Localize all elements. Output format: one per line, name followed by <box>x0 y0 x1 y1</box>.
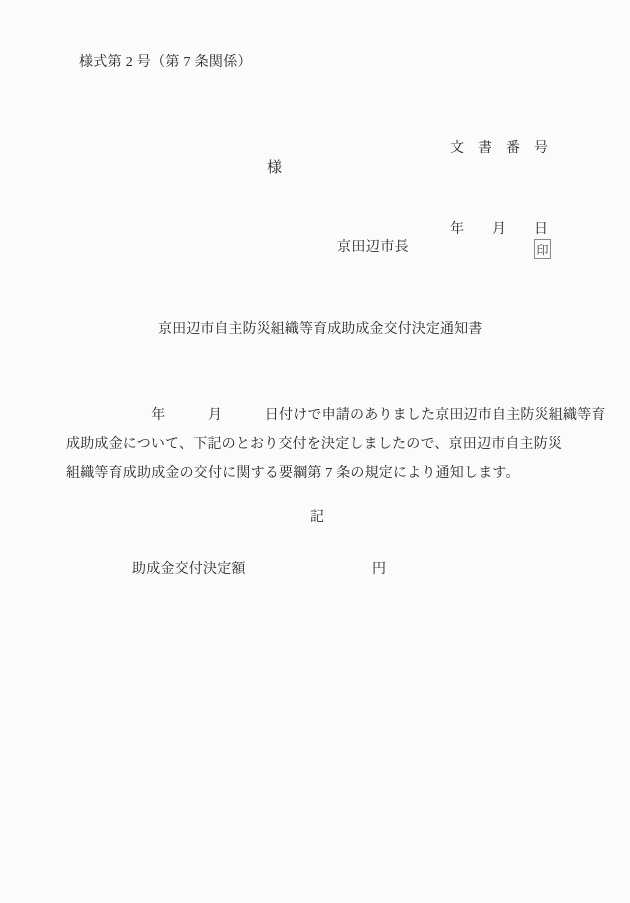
seal-character: 印 <box>536 241 548 258</box>
addressee-honorific: 様 <box>267 161 282 176</box>
form-number: 様式第 2 号（第 7 条関係） <box>79 56 252 70</box>
document-title: 京田辺市自主防災組織等育成助成金交付決定通知書 <box>158 323 482 337</box>
amount-label: 助成金交付決定額 <box>132 563 246 577</box>
amount-unit: 円 <box>372 563 386 577</box>
seal-box: 印 <box>534 239 551 259</box>
body-line-2: 成助成金について、下記のとおり交付を決定しましたので、京田辺市自主防災 <box>66 430 566 459</box>
record-marker: 記 <box>310 511 324 525</box>
document-page: 様式第 2 号（第 7 条関係） 文 書 番 号 年 月 日 様 京田辺市長 印… <box>0 0 630 903</box>
body-line-3: 組織等育成助成金の交付に関する要綱第 7 条の規定により通知します。 <box>66 459 566 488</box>
sender-title: 京田辺市長 <box>337 241 409 255</box>
body-line-1: 年 月 日付けで申請のありました京田辺市自主防災組織等育 <box>66 401 566 430</box>
body-paragraph: 年 月 日付けで申請のありました京田辺市自主防災組織等育 成助成金について、下記… <box>66 401 566 488</box>
document-number-line: 文 書 番 号 <box>450 135 548 162</box>
header-right-block: 文 書 番 号 年 月 日 <box>450 81 548 297</box>
